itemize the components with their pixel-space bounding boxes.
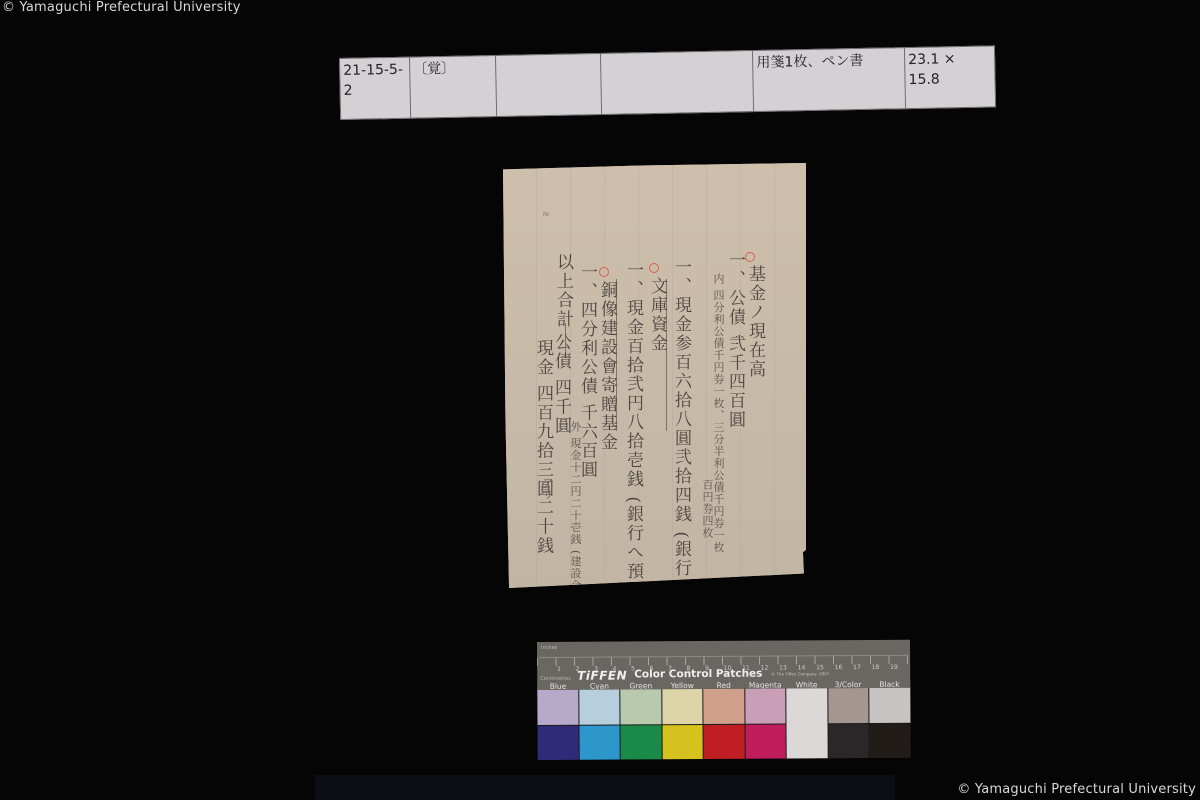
color-patch-blue-saturated — [538, 725, 579, 760]
color-patch-cyan-saturated — [579, 725, 620, 760]
cm-tick: 1 — [557, 666, 576, 674]
catalogue-size-cell: 23.1 × 15.8 — [904, 46, 995, 109]
color-chart-company: © The Tiffen Company, 2007 — [771, 671, 829, 676]
color-patch-magenta-saturated — [745, 724, 786, 759]
color-patch-3-color-light — [828, 688, 869, 723]
cm-tick: 19 — [890, 664, 909, 672]
color-patch-yellow-light — [662, 689, 703, 724]
doc-line-heading-statue: 銅像建設會寄贈基金 — [597, 281, 617, 452]
catalogue-label-table: 21-15-5-2 〔覚〕 用箋1枚、ペン書 23.1 × 15.8 — [339, 45, 996, 120]
red-circle-mark-icon — [599, 267, 609, 277]
tiffen-color-chart: Inches 1 2 3 4 5 6 7 8 9 10 11 12 13 14 … — [537, 640, 911, 760]
cm-tick: 16 — [835, 664, 854, 672]
doc-line-total: 以上合計 — [553, 253, 573, 329]
color-patch-magenta-light — [745, 688, 786, 723]
doc-line-statue-cash: 外 現金十二円二十壱銭 (建設会ヨリ送附ス) — [569, 421, 582, 657]
color-patch-red-light — [704, 689, 745, 724]
color-patch-blue-light — [537, 690, 578, 725]
doc-line-heading-library: 文庫資金 — [647, 277, 667, 353]
color-patch-black-light — [870, 688, 911, 723]
catalogue-empty-cell-1 — [495, 53, 601, 116]
color-chart-title: Color Control Patches — [634, 668, 762, 681]
page-mark: № — [543, 211, 549, 218]
color-patch-yellow-saturated — [662, 724, 703, 759]
color-patch-grid — [537, 688, 910, 760]
color-patch-red-saturated — [704, 724, 745, 759]
doc-line-cash-fund: 一、現金参百六拾八圓弐拾四銭 (銀行へ預ケ入) — [671, 258, 691, 663]
color-patch-3-color-saturated — [828, 723, 869, 758]
color-patch-black-saturated — [870, 723, 911, 758]
red-circle-mark-icon — [649, 263, 659, 273]
backing-sheet-edge — [315, 775, 895, 800]
inches-label: Inches — [541, 645, 557, 651]
doc-line-bonds-detail-2: 百円券四枚 — [701, 479, 714, 539]
red-circle-mark-icon — [745, 252, 755, 262]
doc-line-heading-fund: 基金ノ現在高 — [745, 265, 765, 379]
doc-line-library-cash: 一、現金百拾弐円八拾壱銭 (銀行へ預ケ入) — [623, 261, 643, 628]
cm-tick: 18 — [872, 664, 891, 672]
copyright-watermark-top: © Yamaguchi Prefectural University — [2, 0, 241, 15]
catalogue-id-cell: 21-15-5-2 — [340, 57, 411, 119]
color-patch-green-saturated — [621, 725, 662, 760]
catalogue-label-strip: 21-15-5-2 〔覚〕 用箋1枚、ペン書 23.1 × 15.8 — [339, 45, 996, 124]
color-patch-white — [787, 688, 828, 758]
catalogue-empty-cell-2 — [600, 51, 754, 115]
doc-line-suffix: アリ — [541, 477, 554, 501]
copyright-watermark-bottom: © Yamaguchi Prefectural University — [957, 782, 1196, 797]
doc-line-total-cash: 現金 四百九拾三圓二十銭 — [533, 339, 553, 555]
catalogue-material-cell: 用箋1枚、ペン書 — [753, 48, 906, 112]
catalogue-title-cell: 〔覚〕 — [409, 55, 496, 118]
doc-line-bonds: 一、公債 弐千四百圓 — [725, 251, 745, 429]
color-patch-cyan-light — [579, 689, 620, 724]
doc-line-total-bonds: 公債 四千圓 — [551, 333, 571, 435]
cm-tick: 17 — [853, 664, 872, 672]
color-patch-green-light — [620, 689, 661, 724]
handwritten-document: № 基金ノ現在高 一、公債 弐千四百圓 内 四分利公債千円券一枚、三分半利公債千… — [503, 163, 806, 588]
